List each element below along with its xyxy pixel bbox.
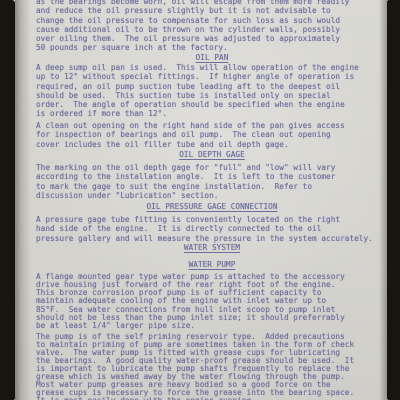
heading-water-system: WATER SYSTEM (36, 243, 388, 252)
page-edge-shadow-left (15, 0, 31, 400)
paragraph-oil-pressure-gage: A pressure gage tube fitting is convenie… (36, 215, 388, 243)
paragraph-water-pump-1: A flange mounted gear type water pump is… (36, 273, 388, 330)
paragraph-oil-depth-gage: The marking on the oil depth gage for "f… (36, 163, 388, 200)
heading-oil-pressure-gage-connection: OIL PRESSURE GAGE CONNECTION (36, 202, 388, 211)
paragraph-oil-pan-1: A deep sump oil pan is used. This will a… (36, 63, 388, 119)
photo-border-right (387, 0, 400, 400)
photo-border-left (0, 0, 15, 400)
heading-oil-pan: OIL PAN (36, 53, 388, 62)
heading-oil-depth-gage: OIL DEPTH GAGE (36, 150, 388, 159)
heading-water-pump: WATER PUMP (36, 260, 388, 269)
paragraph-oil-pressure-intro: as the bearings become worn, oil will es… (36, 0, 388, 53)
scanned-manual-page: as the bearings become worn, oil will es… (0, 0, 400, 400)
paragraph-oil-pan-2: A clean out opening on the right hand si… (36, 121, 388, 149)
paragraph-water-pump-2: The pump is of the self priming reservoi… (36, 333, 388, 400)
